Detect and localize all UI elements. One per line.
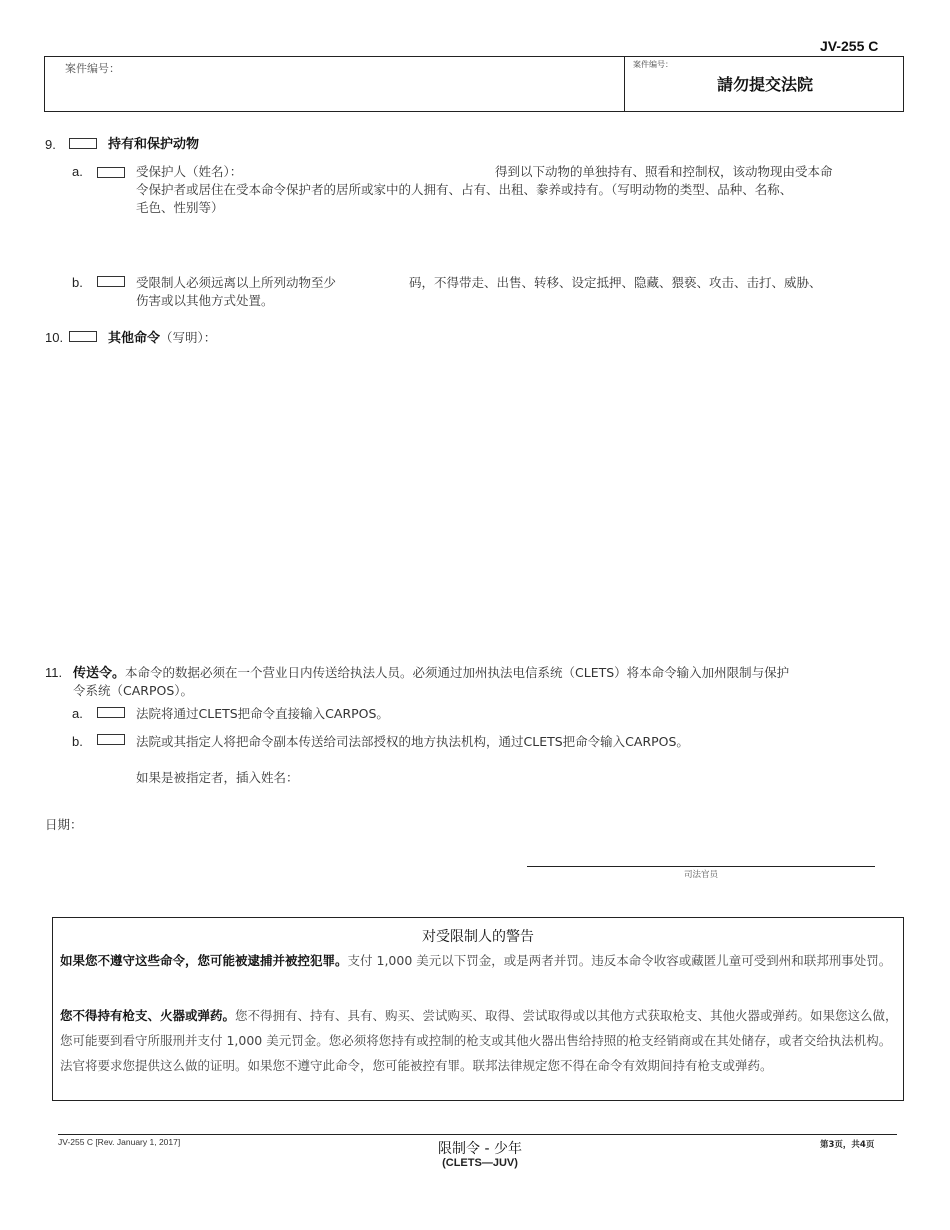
item10-title: 其他命令 (108, 331, 160, 346)
item9b-line1-right: 码，不得带走、出售、转移、设定抵押、隐藏、猥亵、攻击、击打、威胁、 (409, 274, 822, 292)
item9b-line1-left: 受限制人必须远离以上所列动物至少 (136, 274, 336, 292)
item11-line2: 令系统（CARPOS）。 (73, 682, 193, 700)
item9a-label: 受保护人（姓名）： (136, 163, 242, 181)
date-label: 日期： (45, 816, 83, 834)
item9a-letter: a. (72, 164, 83, 179)
item11a-letter: a. (72, 706, 83, 721)
item11-title: 传送令。 (73, 666, 125, 681)
item11-line1: 传送令。本命令的数据必须在一个营业日内传送给执法人员。必须通过加州执法电信系统（… (73, 664, 789, 683)
signature-line[interactable] (527, 866, 875, 867)
case-number-label: 案件编号： (65, 60, 120, 76)
warning-p1-text: 支付 1,000 美元以下罚金，或是两者并罚。违反本命令收容或藏匿儿童可受到州和… (348, 953, 892, 968)
item9a-line2: 令保护者或居住在受本命令保护者的居所或家中的人拥有、占有、出租、豢养或持有。（写… (136, 181, 792, 199)
item11a-checkbox[interactable] (97, 707, 125, 718)
item11b-text: 法院或其指定人将把命令副本传送给司法部授权的地方执法机构，通过CLETS把命令输… (136, 733, 689, 751)
footer-subtitle: (CLETS—JUV) (380, 1157, 580, 1169)
item11a-text: 法院将通过CLETS把命令直接输入CARPOS。 (136, 705, 389, 723)
protected-person-name-field[interactable] (262, 164, 492, 180)
warning-paragraph-2: 您不得持有枪支、火器或弹药。您不得拥有、持有、具有、购买、尝试购买、取得、尝试取… (60, 1003, 898, 1078)
item11b-letter: b. (72, 734, 83, 749)
item9b-line2: 伤害或以其他方式处置。 (136, 292, 274, 310)
item11-line1-text: 本命令的数据必须在一个营业日内传送给执法人员。必须通过加州执法电信系统（CLET… (125, 665, 789, 680)
footer-divider (58, 1134, 897, 1135)
date-field[interactable] (86, 816, 336, 832)
item10-checkbox[interactable] (69, 331, 97, 342)
case-number-label-right: 案件编号： (633, 59, 673, 70)
warning-p1-bold: 如果您不遵守这些命令，您可能被逮捕并被控犯罪。 (60, 953, 348, 968)
judicial-officer-label: 司法官员 (527, 868, 875, 880)
item11b-checkbox[interactable] (97, 734, 125, 745)
footer-title: 限制令 - 少年 (380, 1138, 580, 1158)
item9b-letter: b. (72, 275, 83, 290)
do-not-file-stamp: 請勿提交法院 (717, 72, 813, 95)
item10-heading: 其他命令（写明）： (108, 329, 216, 348)
page-indicator: 第3页，共4页 (820, 1138, 874, 1150)
other-orders-field[interactable] (108, 352, 888, 642)
item9-title: 持有和保护动物 (108, 136, 199, 154)
distance-yards-field[interactable] (362, 275, 406, 291)
warning-box: 对受限制人的警告 如果您不遵守这些命令，您可能被逮捕并被控犯罪。支付 1,000… (52, 917, 904, 1101)
item9b-checkbox[interactable] (97, 276, 125, 287)
item9a-line1: 得到以下动物的单独持有、照看和控制权，该动物现由受本命 (495, 163, 833, 181)
designee-name-field[interactable] (312, 769, 712, 785)
case-number-field[interactable]: 案件编号： (45, 57, 625, 111)
animal-description-field[interactable] (136, 220, 876, 265)
form-id: JV-255 C (820, 38, 878, 54)
item9-checkbox[interactable] (69, 138, 97, 149)
item11-number: 11. (45, 665, 62, 680)
item10-number: 10. (45, 330, 63, 345)
item10-subtitle: （写明）： (160, 330, 216, 345)
item9-number: 9. (45, 137, 56, 152)
item9a-line3: 毛色、性别等） (136, 199, 224, 217)
designee-label: 如果是被指定者，插入姓名： (136, 769, 299, 787)
warning-p2-bold: 您不得持有枪支、火器或弹药。 (60, 1008, 235, 1023)
case-header-box: 案件编号： 案件编号： 請勿提交法院 (44, 56, 904, 112)
item9a-checkbox[interactable] (97, 167, 125, 178)
footer-revision: JV-255 C [Rev. January 1, 2017] (58, 1137, 180, 1147)
warning-paragraph-1: 如果您不遵守这些命令，您可能被逮捕并被控犯罪。支付 1,000 美元以下罚金，或… (60, 948, 898, 973)
warning-title: 对受限制人的警告 (53, 926, 903, 946)
